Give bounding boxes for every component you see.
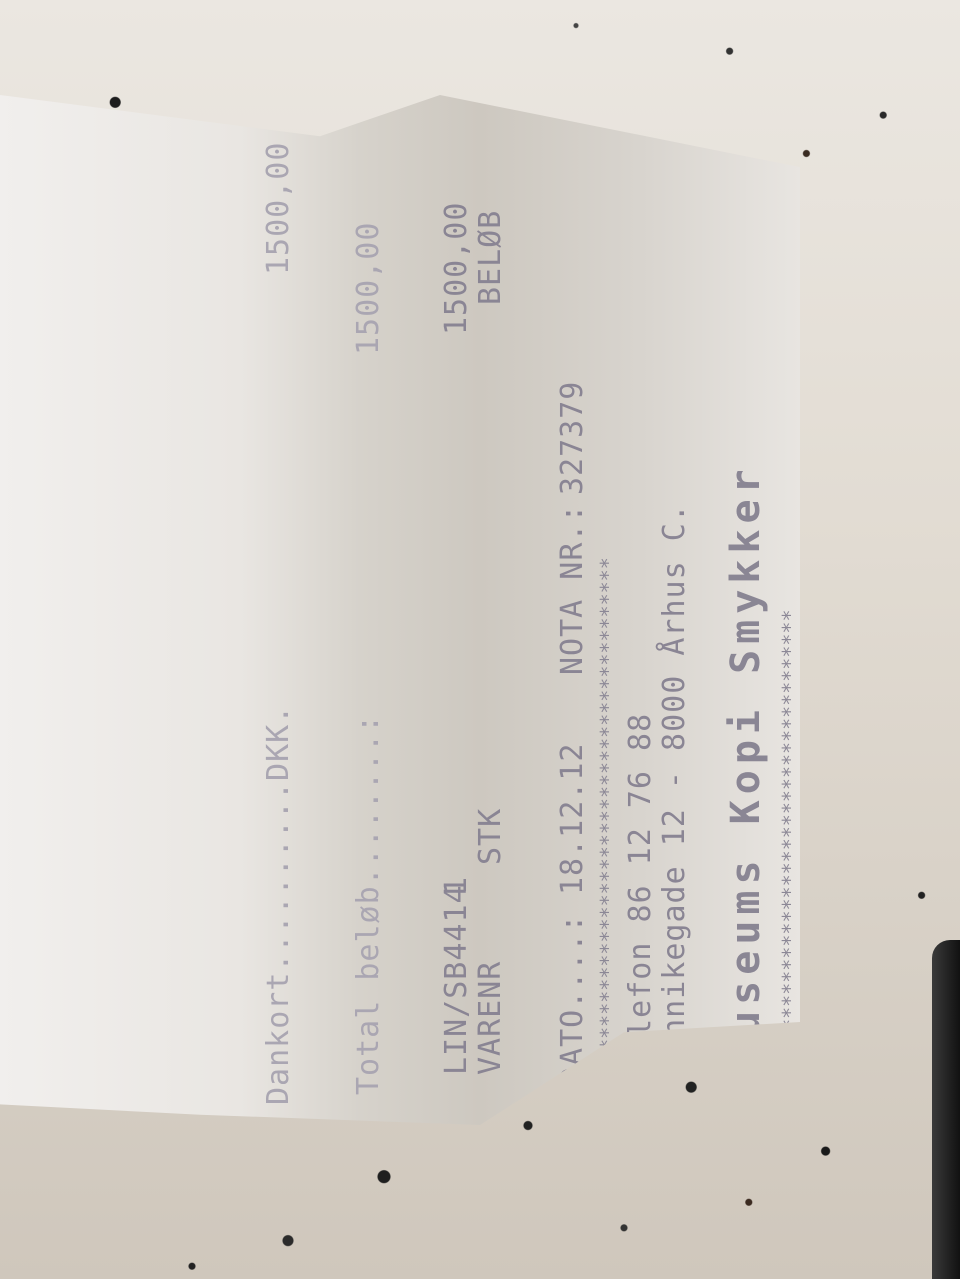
receipt-text-block: ************************************* Mu… xyxy=(140,195,840,1095)
nota-label: NOTA NR.: xyxy=(558,503,588,675)
receipt-divider-top: ************************************* xyxy=(780,609,800,1055)
total-label: Total beløb........: xyxy=(354,714,384,1095)
column-header-item: VARENR xyxy=(476,961,506,1075)
shop-address: Kannikegade 12 - 8000 Århus C. xyxy=(660,503,690,1075)
line-item-number: LIN/SB4414 xyxy=(442,884,472,1075)
line-item-amount: 1500,00 xyxy=(442,202,472,335)
shop-name: Museums Kopi Smykker xyxy=(726,463,766,1065)
column-header-amount: BELØB xyxy=(476,210,506,305)
column-header-qty: STK xyxy=(476,808,506,865)
receipt-paper: ************************************* Mu… xyxy=(0,95,800,1125)
line-item-qty: 1 xyxy=(442,876,472,895)
shop-phone: Telefon 86 12 76 88 xyxy=(626,713,656,1075)
phone-edge xyxy=(932,940,960,1279)
receipt-divider-mid: ****************************************… xyxy=(598,557,618,1075)
date-value: 18.12.12 xyxy=(558,743,588,896)
payment-label: Dankort..........DKK. xyxy=(264,705,294,1105)
total-value: 1500,00 xyxy=(354,222,384,355)
nota-value: 327379 xyxy=(558,381,588,495)
payment-value: 1500,00 xyxy=(264,142,294,275)
